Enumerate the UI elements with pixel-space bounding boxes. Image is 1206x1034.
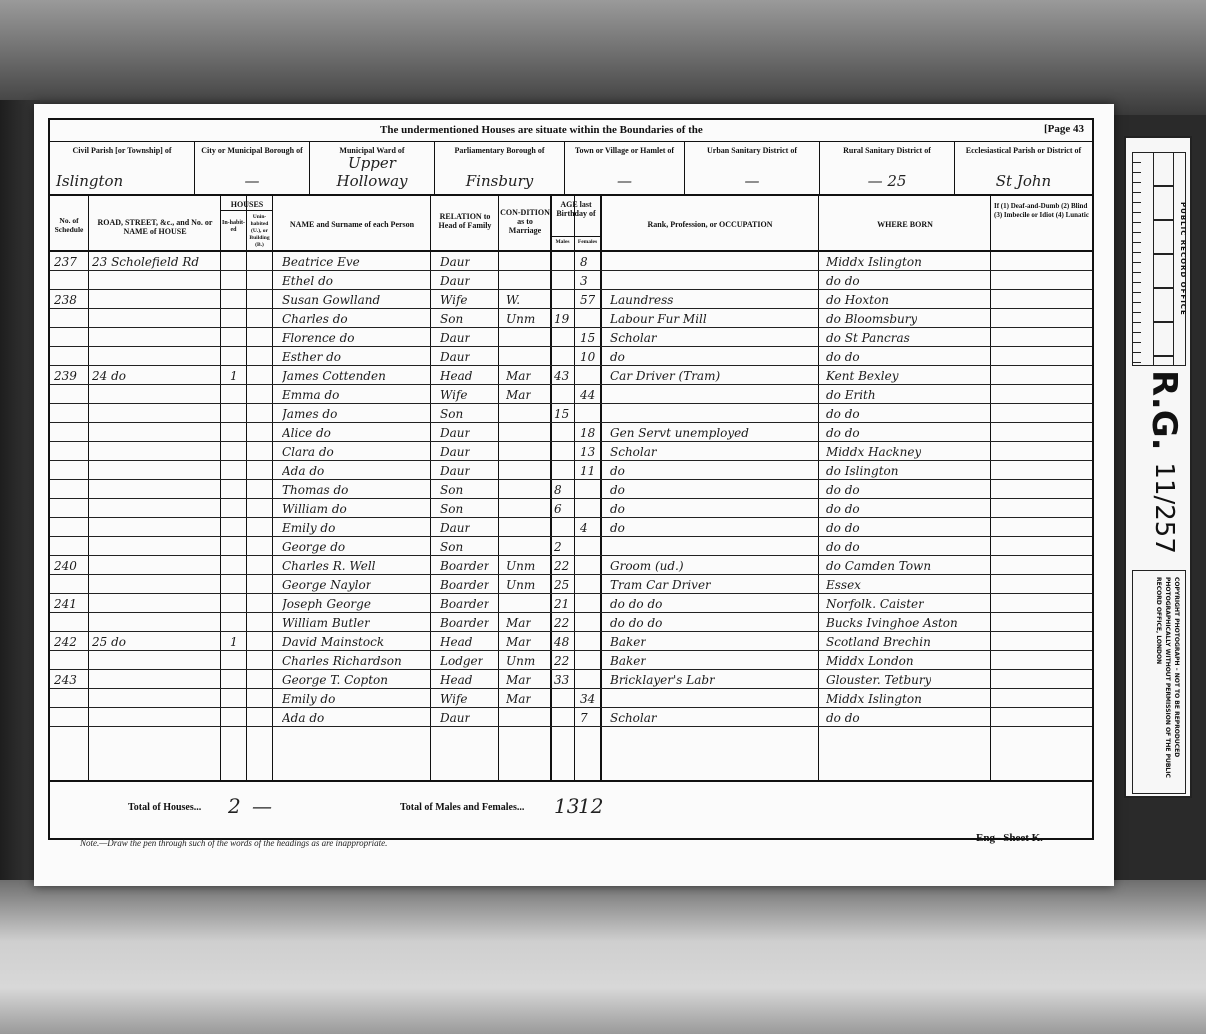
person-name: David Mainstock [282, 632, 384, 651]
header-occupation: Rank, Profession, or OCCUPATION [602, 220, 818, 229]
marital-condition: Mar [506, 689, 531, 708]
table-row: Florence do Daur 15 Scholar do St Pancra… [50, 328, 1092, 347]
place-civil-parish: Civil Parish [or Township] of Islington [50, 142, 195, 194]
female-age: 13 [580, 442, 595, 461]
place-header-row: Civil Parish [or Township] of Islington … [50, 142, 1092, 196]
relation: Son [440, 480, 463, 499]
table-row: William do Son 6 do do do [50, 499, 1092, 518]
relation: Wife [440, 689, 468, 708]
birthplace: do Islington [826, 461, 898, 480]
table-row: William Butler Boarder Mar 22 do do do B… [50, 613, 1092, 632]
occupation: Labour Fur Mill [610, 309, 707, 328]
person-name: James Cottenden [282, 366, 386, 385]
marital-condition: Unm [506, 309, 535, 328]
birthplace: Middx Islington [826, 252, 922, 271]
header-condition: CON-DITION as to Marriage [500, 208, 550, 235]
male-age: 22 [554, 613, 569, 632]
total-persons-label: Total of Males and Females... [400, 802, 524, 813]
reference-prefix: R.G. [1144, 370, 1184, 451]
place-urban-sanitary: Urban Sanitary District of — [685, 142, 820, 194]
occupation: Laundress [610, 290, 673, 309]
place-parliamentary-borough: Parliamentary Borough of Finsbury [435, 142, 565, 194]
relation: Daur [440, 271, 470, 290]
ruler-ticks [1133, 153, 1154, 365]
schedule-number: 238 [54, 290, 77, 309]
relation: Son [440, 499, 463, 518]
female-age: 18 [580, 423, 595, 442]
birthplace: Middx Islington [826, 689, 922, 708]
relation: Boarder [440, 613, 489, 632]
birthplace: Scotland Brechin [826, 632, 931, 651]
birthplace: Glouster. Tetbury [826, 670, 931, 689]
male-age: 15 [554, 404, 569, 423]
copyright-notice: COPYRIGHT PHOTOGRAPH – NOT TO BE REPRODU… [1132, 570, 1186, 794]
table-row: 239 24 do 1 James Cottenden Head Mar 43 … [50, 366, 1092, 385]
relation: Head [440, 632, 472, 651]
relation: Daur [440, 442, 470, 461]
scale-ruler: PUBLIC RECORD OFFICE [1132, 152, 1186, 366]
occupation: Scholar [610, 708, 657, 727]
total-males: 13 [554, 794, 579, 818]
house-inhabited: 1 [230, 632, 238, 651]
table-row: 238 Susan Gowlland Wife W. 57 Laundress … [50, 290, 1092, 309]
road-address: 25 do [92, 632, 126, 651]
table-row: George do Son 2 do do [50, 537, 1092, 556]
place-town-village: Town or Village or Hamlet of — [565, 142, 685, 194]
occupation: Tram Car Driver [610, 575, 711, 594]
marital-condition: Mar [506, 670, 531, 689]
ruler-label: PUBLIC RECORD OFFICE [1173, 153, 1187, 365]
totals-row: Total of Houses... 2 — Total of Males an… [50, 780, 1092, 838]
female-age: 4 [580, 518, 588, 537]
table-row: 241 Joseph George Boarder 21 do do do No… [50, 594, 1092, 613]
person-name: Ethel do [282, 271, 333, 290]
person-name: Ada do [282, 461, 324, 480]
form-title-row: The undermentioned Houses are situate wi… [50, 120, 1092, 142]
female-age: 11 [580, 461, 595, 480]
female-age: 10 [580, 347, 595, 366]
place-municipal-borough: City or Municipal Borough of — [195, 142, 310, 194]
birthplace: Middx Hackney [826, 442, 921, 461]
person-name: Charles Richardson [282, 651, 402, 670]
male-age: 33 [554, 670, 569, 689]
form-title: The undermentioned Houses are situate wi… [380, 124, 703, 136]
header-name: NAME and Surname of each Person [274, 220, 430, 229]
person-name: Clara do [282, 442, 334, 461]
place-rural-sanitary: Rural Sanitary District of — 25 [820, 142, 955, 194]
birthplace: do St Pancras [826, 328, 910, 347]
scan-background-bottom [0, 880, 1206, 1034]
relation: Boarder [440, 594, 489, 613]
marital-condition: Mar [506, 613, 531, 632]
table-row: Ada do Daur 11 do do Islington [50, 461, 1092, 480]
person-name: Susan Gowlland [282, 290, 380, 309]
header-where-born: WHERE BORN [820, 220, 990, 229]
table-row: Emily do Wife Mar 34 Middx Islington [50, 689, 1092, 708]
archive-reference: R.G. 11/257 [1136, 370, 1184, 560]
table-row: Alice do Daur 18 Gen Servt unemployed do… [50, 423, 1092, 442]
birthplace: do Bloomsbury [826, 309, 917, 328]
relation: Head [440, 366, 472, 385]
table-row: James do Son 15 do do [50, 404, 1092, 423]
table-row: Ethel do Daur 3 do do [50, 271, 1092, 290]
marital-condition: Unm [506, 575, 535, 594]
header-females: Females [575, 238, 600, 247]
marital-condition: W. [506, 290, 520, 309]
occupation: do do do [610, 594, 662, 613]
sheet-label: Eng– Sheet K. [976, 832, 1043, 844]
person-name: Alice do [282, 423, 331, 442]
relation: Son [440, 537, 463, 556]
person-name: Emma do [282, 385, 339, 404]
total-uninhabited: — [252, 794, 272, 818]
female-age: 8 [580, 252, 588, 271]
header-males: Males [551, 238, 574, 247]
census-form: The undermentioned Houses are situate wi… [48, 118, 1094, 840]
header-inhabited: In-habit-ed [221, 220, 246, 234]
birthplace: do do [826, 537, 860, 556]
ruler-cm-marks [1153, 153, 1174, 365]
relation: Daur [440, 328, 470, 347]
schedule-number: 237 [54, 252, 77, 271]
marital-condition: Mar [506, 366, 531, 385]
birthplace: do Hoxton [826, 290, 889, 309]
person-name: James do [282, 404, 337, 423]
person-name: George do [282, 537, 345, 556]
male-age: 19 [554, 309, 569, 328]
place-ecclesiastical-parish: Ecclesiastical Parish or District of St … [955, 142, 1092, 194]
female-age: 34 [580, 689, 595, 708]
header-road: ROAD, STREET, &c., and No. or NAME of HO… [90, 218, 220, 236]
birthplace: Norfolk. Caister [826, 594, 924, 613]
person-name: Charles R. Well [282, 556, 376, 575]
occupation: do do do [610, 613, 662, 632]
male-age: 25 [554, 575, 569, 594]
schedule-number: 241 [54, 594, 77, 613]
person-name: Emily do [282, 518, 335, 537]
male-age: 22 [554, 651, 569, 670]
occupation: Groom (ud.) [610, 556, 684, 575]
person-name: Ada do [282, 708, 324, 727]
table-row: 237 23 Scholefield Rd Beatrice Eve Daur … [50, 252, 1092, 271]
table-row: Clara do Daur 13 Scholar Middx Hackney [50, 442, 1092, 461]
birthplace: do Erith [826, 385, 876, 404]
table-row: Thomas do Son 8 do do do [50, 480, 1092, 499]
birthplace: do do [826, 271, 860, 290]
relation: Lodger [440, 651, 483, 670]
table-row: Charles do Son Unm 19 Labour Fur Mill do… [50, 309, 1092, 328]
form-note: Note.—Draw the pen through such of the w… [80, 838, 387, 848]
person-name: Thomas do [282, 480, 348, 499]
occupation: Baker [610, 632, 646, 651]
female-age: 3 [580, 271, 588, 290]
relation: Daur [440, 461, 470, 480]
header-age: AGE last Birthday of [552, 200, 600, 218]
person-name: Joseph George [282, 594, 371, 613]
birthplace: do do [826, 404, 860, 423]
birthplace: do Camden Town [826, 556, 931, 575]
table-row: Ada do Daur 7 Scholar do do [50, 708, 1092, 727]
male-age: 48 [554, 632, 569, 651]
relation: Boarder [440, 556, 489, 575]
female-age: 57 [580, 290, 595, 309]
marital-condition: Unm [506, 556, 535, 575]
header-relation: RELATION to Head of Family [432, 212, 498, 230]
relation: Boarder [440, 575, 489, 594]
relation: Son [440, 404, 463, 423]
archive-reference-strip: PUBLIC RECORD OFFICE R.G. 11/257 COPYRIG… [1124, 136, 1192, 798]
schedule-number: 242 [54, 632, 77, 651]
birthplace: Essex [826, 575, 861, 594]
table-row: 240 Charles R. Well Boarder Unm 22 Groom… [50, 556, 1092, 575]
place-municipal-ward: Municipal Ward of Upper Holloway [310, 142, 435, 194]
relation: Wife [440, 385, 468, 404]
birthplace: Middx London [826, 651, 914, 670]
marital-condition: Mar [506, 385, 531, 404]
female-age: 15 [580, 328, 595, 347]
male-age: 43 [554, 366, 569, 385]
person-name: Florence do [282, 328, 355, 347]
houses-subheader-divider [220, 210, 272, 211]
occupation: do [610, 518, 625, 537]
female-age: 44 [580, 385, 595, 404]
table-row: Esther do Daur 10 do do do [50, 347, 1092, 366]
age-subheader-divider [550, 236, 600, 237]
birthplace: do do [826, 708, 860, 727]
person-name: George Naylor [282, 575, 371, 594]
relation: Daur [440, 518, 470, 537]
birthplace: do do [826, 347, 860, 366]
table-row: George Naylor Boarder Unm 25 Tram Car Dr… [50, 575, 1092, 594]
birthplace: Bucks Ivinghoe Aston [826, 613, 958, 632]
occupation: Baker [610, 651, 646, 670]
total-inhabited: 2 [228, 794, 241, 818]
birthplace: Kent Bexley [826, 366, 899, 385]
road-address: 24 do [92, 366, 126, 385]
relation: Son [440, 309, 463, 328]
relation: Head [440, 670, 472, 689]
relation: Daur [440, 423, 470, 442]
male-age: 22 [554, 556, 569, 575]
birthplace: do do [826, 480, 860, 499]
table-row: 242 25 do 1 David Mainstock Head Mar 48 … [50, 632, 1092, 651]
header-houses: HOUSES [222, 200, 272, 209]
scan-background-top [0, 0, 1206, 115]
occupation: Scholar [610, 328, 657, 347]
person-name: William Butler [282, 613, 370, 632]
house-inhabited: 1 [230, 366, 238, 385]
header-uninhabited: Unin-habited (U.), or Building (B.) [247, 214, 272, 249]
relation: Daur [440, 708, 470, 727]
male-age: 2 [554, 537, 562, 556]
occupation: Gen Servt unemployed [610, 423, 749, 442]
occupation: Bricklayer's Labr [610, 670, 715, 689]
schedule-number: 239 [54, 366, 77, 385]
page-number: [Page 43 [1044, 123, 1084, 135]
occupation: do [610, 480, 625, 499]
person-name: William do [282, 499, 347, 518]
table-row: Charles Richardson Lodger Unm 22 Baker M… [50, 651, 1092, 670]
reference-number: 11/257 [1149, 462, 1179, 553]
male-age: 21 [554, 594, 569, 613]
male-age: 8 [554, 480, 562, 499]
birthplace: do do [826, 499, 860, 518]
occupation: do [610, 347, 625, 366]
marital-condition: Unm [506, 651, 535, 670]
marital-condition: Mar [506, 632, 531, 651]
occupation: do [610, 461, 625, 480]
table-row: Emma do Wife Mar 44 do Erith [50, 385, 1092, 404]
table-row: Emily do Daur 4 do do do [50, 518, 1092, 537]
person-name: Charles do [282, 309, 348, 328]
header-schedule: No. of Schedule [50, 216, 88, 234]
header-infirmity: If (1) Deaf-and-Dumb (2) Blind (3) Imbec… [994, 202, 1090, 220]
occupation: Scholar [610, 442, 657, 461]
census-page: The undermentioned Houses are situate wi… [34, 104, 1114, 886]
person-name: Emily do [282, 689, 335, 708]
birthplace: do do [826, 518, 860, 537]
occupation: do [610, 499, 625, 518]
total-houses-label: Total of Houses... [128, 802, 201, 813]
occupation: Car Driver (Tram) [610, 366, 720, 385]
relation: Wife [440, 290, 468, 309]
relation: Daur [440, 347, 470, 366]
female-age: 7 [580, 708, 588, 727]
relation: Daur [440, 252, 470, 271]
birthplace: do do [826, 423, 860, 442]
schedule-number: 240 [54, 556, 77, 575]
total-females: 12 [578, 794, 603, 818]
person-name: Beatrice Eve [282, 252, 360, 271]
person-name: Esther do [282, 347, 341, 366]
person-name: George T. Copton [282, 670, 388, 689]
road-address: 23 Scholefield Rd [92, 252, 199, 271]
male-age: 6 [554, 499, 562, 518]
table-row: 243 George T. Copton Head Mar 33 Brickla… [50, 670, 1092, 689]
schedule-number: 243 [54, 670, 77, 689]
